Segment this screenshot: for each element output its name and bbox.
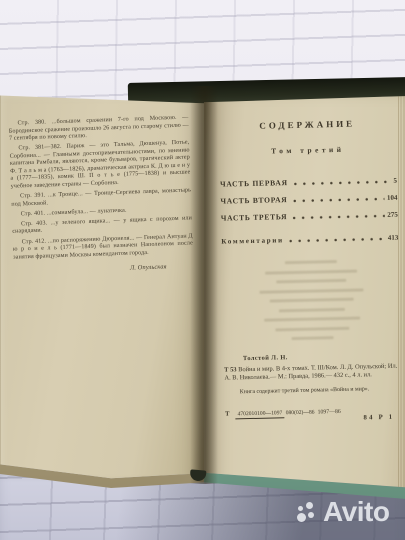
toc-label: ЧАСТЬ ВТОРАЯ bbox=[220, 195, 287, 206]
contents-block: СОДЕРЖАНИЕ Том третий ЧАСТЬ ПЕРВАЯ 5 ЧАС… bbox=[204, 89, 405, 507]
commentary-author-signature: Л. Опульская bbox=[14, 263, 194, 277]
commentary-text-block: Стр. 380. ...большом сражении 7-го под М… bbox=[0, 84, 214, 495]
table-of-contents: ЧАСТЬ ПЕРВАЯ 5 ЧАСТЬ ВТОРАЯ 104 ЧАСТЬ ТР… bbox=[220, 168, 399, 246]
toc-page-number: 104 bbox=[387, 194, 398, 202]
dot-leader bbox=[293, 214, 384, 220]
book-photo: Стр. 380. ...большом сражении 7-го под М… bbox=[0, 0, 405, 540]
publication-code-row: Т 4702010100—1097 080(02)—86 1097—86 84 … bbox=[225, 400, 402, 425]
bibliographic-record: Толстой Л. Н. Т 53 Война и мир. В 4-х то… bbox=[224, 352, 403, 426]
code-numerator: 4702010100—1097 bbox=[235, 410, 284, 419]
page-showthrough-ghost-text bbox=[235, 259, 387, 341]
bibliography-text: Война и мир. В 4-х томах. Т. III/Ком. Л.… bbox=[224, 362, 397, 382]
bbk-code: 84 Р 1 bbox=[363, 413, 394, 423]
toc-page-number: 5 bbox=[393, 177, 397, 185]
contents-title: СОДЕРЖАНИЕ bbox=[219, 118, 396, 132]
toc-label: Комментарии bbox=[221, 236, 284, 245]
commentary-paragraph: Стр. 412. ...по распоряжению Дюронеля...… bbox=[13, 233, 194, 262]
commentary-paragraph: Стр. 380. ...большом сражении 7-го под М… bbox=[8, 114, 189, 143]
watermark-label: Avito bbox=[323, 499, 389, 525]
toc-row: Комментарии 413 bbox=[221, 225, 398, 246]
toc-label: ЧАСТЬ ПЕРВАЯ bbox=[220, 178, 288, 189]
code-prefix: Т bbox=[225, 411, 229, 420]
left-page: Стр. 380. ...большом сражении 7-го под М… bbox=[0, 88, 206, 492]
dot-leader bbox=[290, 237, 385, 243]
publication-code-fraction: 4702010100—1097 080(02)—86 bbox=[235, 409, 314, 418]
toc-page-number: 275 bbox=[387, 211, 398, 219]
avito-watermark: Avito bbox=[296, 499, 389, 525]
code-denominator: 080(02)—86 bbox=[286, 408, 315, 416]
avito-logo-icon bbox=[296, 502, 318, 523]
toc-label: ЧАСТЬ ТРЕТЬЯ bbox=[221, 212, 288, 223]
bibliography-description: Т 53 Война и мир. В 4-х томах. Т. III/Ко… bbox=[224, 362, 401, 383]
commentary-paragraph: Стр. 381—382. Париж — это Тальма, Дюшену… bbox=[9, 140, 190, 192]
toc-page-number: 413 bbox=[388, 234, 399, 242]
right-page: СОДЕРЖАНИЕ Том третий ЧАСТЬ ПЕРВАЯ 5 ЧАС… bbox=[204, 94, 405, 508]
catalog-index: Т 53 bbox=[224, 366, 236, 373]
code-suffix: 1097—86 bbox=[318, 409, 341, 417]
bibliography-note: Книга содержит третий том романа «Война … bbox=[240, 386, 402, 398]
volume-title: Том третий bbox=[219, 144, 396, 157]
